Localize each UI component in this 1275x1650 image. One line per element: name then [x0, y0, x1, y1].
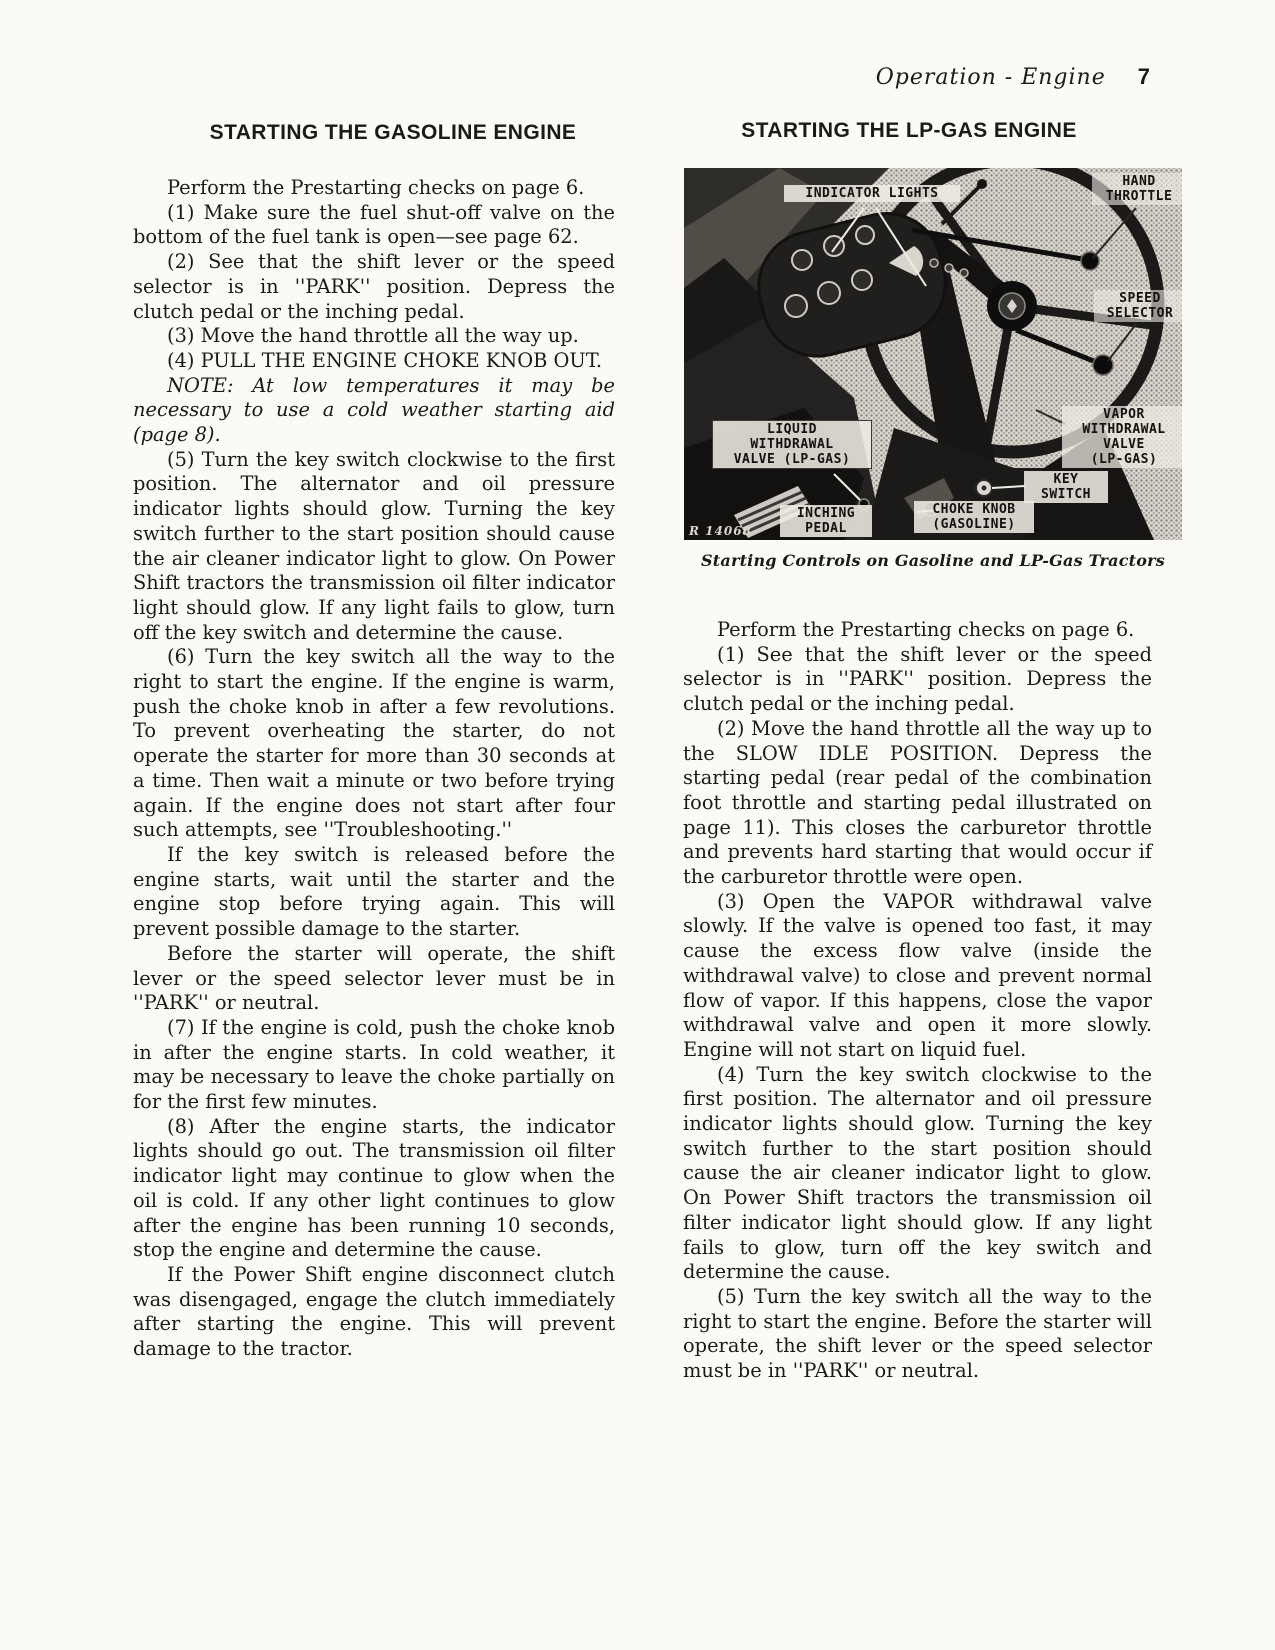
paragraph: (4) PULL THE ENGINE CHOKE KNOB OUT. — [133, 349, 615, 374]
paragraph: Perform the Prestarting checks on page 6… — [683, 618, 1152, 643]
label-indicator-lights: INDICATOR LIGHTS — [784, 185, 960, 202]
shift-lever-knob — [977, 179, 987, 189]
leader-line — [1093, 208, 1136, 258]
paragraph: If the Power Shift engine disconnect clu… — [133, 1263, 615, 1362]
speed-selector-lever — [1016, 330, 1101, 364]
page-number: 7 — [1138, 64, 1150, 90]
paragraph: (2) Move the hand throttle all the way u… — [683, 717, 1152, 890]
paragraph: (5) Turn the key switch clockwise to the… — [133, 448, 615, 646]
leader-line — [1036, 410, 1065, 424]
paragraph: (5) Turn the key switch all the way to t… — [683, 1285, 1152, 1384]
paragraph: Perform the Prestarting checks on page 6… — [133, 176, 615, 201]
paragraph: (3) Move the hand throttle all the way u… — [133, 324, 615, 349]
paragraph: (8) After the engine starts, the indicat… — [133, 1115, 615, 1263]
right-column-heading: STARTING THE LP-GAS ENGINE — [667, 119, 1151, 143]
paragraph: (1) See that the shift lever or the spee… — [683, 643, 1152, 717]
label-choke-knob: CHOKE KNOB (GASOLINE) — [914, 501, 1034, 533]
paragraph: (4) Turn the key switch clockwise to the… — [683, 1063, 1152, 1285]
paragraph: (3) Open the VAPOR withdrawal valve slow… — [683, 890, 1152, 1063]
label-hand-throttle: HAND THROTTLE — [1092, 173, 1182, 205]
label-inching-pedal: INCHING PEDAL — [780, 505, 872, 537]
paragraph: (1) Make sure the fuel shut-off valve on… — [133, 201, 615, 250]
left-column-body: Perform the Prestarting checks on page 6… — [133, 176, 615, 1362]
label-vapor-withdrawal-valve: VAPOR WITHDRAWAL VALVE (LP-GAS) — [1062, 406, 1182, 468]
right-column-body: Perform the Prestarting checks on page 6… — [683, 618, 1152, 1384]
leader-line — [1108, 324, 1136, 361]
running-header: Operation - Engine 7 — [683, 64, 1150, 90]
photo-id: R 14068 — [689, 524, 752, 538]
paragraph: Before the starter will operate, the shi… — [133, 942, 615, 1016]
paragraph: (7) If the engine is cold, push the chok… — [133, 1016, 615, 1115]
starting-controls-figure: INDICATOR LIGHTS HAND THROTTLE SPEED SEL… — [684, 168, 1182, 540]
paragraph: (6) Turn the key switch all the way to t… — [133, 645, 615, 843]
figure-caption: Starting Controls on Gasoline and LP-Gas… — [684, 551, 1182, 570]
label-key-switch: KEY SWITCH — [1024, 471, 1108, 503]
label-liquid-withdrawal-valve: LIQUID WITHDRAWAL VALVE (LP-GAS) — [712, 420, 872, 469]
left-column-heading: STARTING THE GASOLINE ENGINE — [151, 121, 635, 145]
section-title: Operation - Engine — [876, 65, 1106, 90]
key-switch-slot — [982, 486, 987, 491]
label-speed-selector: SPEED SELECTOR — [1094, 290, 1182, 322]
paragraph: If the key switch is released before the… — [133, 843, 615, 942]
paragraph: (2) See that the shift lever or the spee… — [133, 250, 615, 324]
manual-page: Operation - Engine 7 STARTING THE GASOLI… — [0, 0, 1275, 1650]
note-paragraph: NOTE: At low temperatures it may be nece… — [133, 374, 615, 448]
